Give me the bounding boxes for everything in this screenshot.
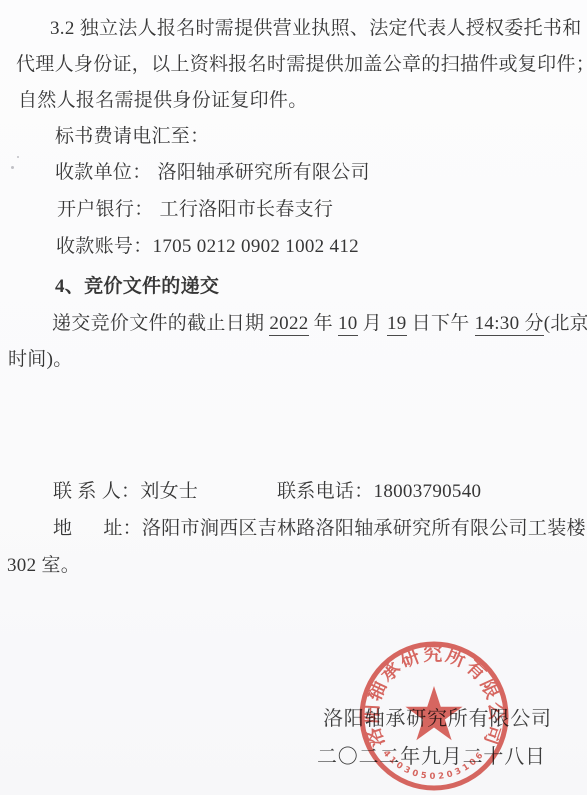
deadline-seg-6: 日下午 bbox=[407, 313, 475, 334]
deadline-day: 19 bbox=[387, 313, 407, 336]
deadline-month: 10 bbox=[338, 313, 358, 336]
remittance-intro: 标书费请电汇至： bbox=[55, 121, 209, 148]
deadline-seg-8: (北京 bbox=[544, 313, 587, 334]
red-star-icon bbox=[405, 686, 462, 740]
account-label: 收款账号： bbox=[56, 236, 153, 257]
deadline-wrap-line: 时间)。 bbox=[8, 344, 73, 371]
payee-label: 收款单位： bbox=[55, 162, 152, 183]
deadline-seg-4: 月 bbox=[358, 313, 387, 334]
contact-person-label: 联 系 人： bbox=[53, 481, 140, 502]
contact-phone-line: 联系电话：18003790540 bbox=[277, 476, 481, 503]
deadline-year: 2022 bbox=[269, 313, 308, 336]
payee-line: 收款单位：洛阳轴承研究所有限公司 bbox=[55, 157, 370, 184]
scan-speck bbox=[17, 156, 19, 158]
contact-phone-label: 联系电话： bbox=[277, 481, 374, 502]
bank-label: 开户银行： bbox=[57, 199, 154, 220]
deadline-line: 递交竞价文件的截止日期 2022 年 10 月 19 日下午 14:30 分(北… bbox=[52, 308, 587, 335]
contact-phone-value: 18003790540 bbox=[374, 481, 482, 502]
bank-value: 工行洛阳市长春支行 bbox=[160, 199, 334, 220]
bank-line: 开户银行：工行洛阳市长春支行 bbox=[57, 194, 333, 221]
account-line: 收款账号：1705 0212 0902 1002 412 bbox=[56, 231, 359, 258]
deadline-seg-2: 年 bbox=[309, 313, 338, 334]
para-3-2-line-1: 3.2 独立法人报名时需提供营业执照、法定代表人授权委托书和 bbox=[50, 13, 582, 40]
account-value: 1705 0212 0902 1002 412 bbox=[153, 236, 359, 257]
deadline-seg-0: 递交竞价文件的截止日期 bbox=[52, 313, 269, 334]
address-wrap-line: 302 室。 bbox=[7, 550, 80, 577]
contact-person-value: 刘女士 bbox=[140, 481, 198, 502]
para-3-2-line-3: 自然人报名需提供身份证复印件。 bbox=[18, 85, 308, 112]
address-value: 洛阳市涧西区吉林路洛阳轴承研究所有限公司工装楼 bbox=[142, 518, 586, 539]
section4-heading: 4、竞价文件的递交 bbox=[55, 271, 219, 298]
para-3-2-line-2: 代理人身份证，以上资料报名时需提供加盖公章的扫描件或复印件； bbox=[16, 49, 587, 76]
address-line: 地址：洛阳市涧西区吉林路洛阳轴承研究所有限公司工装楼 bbox=[53, 513, 586, 540]
company-seal: 洛阳轴承研究所有限公司 4103050203106 bbox=[356, 638, 512, 794]
scanned-document-page: 3.2 独立法人报名时需提供营业执照、法定代表人授权委托书和 代理人身份证，以上… bbox=[0, 0, 587, 795]
address-label-char1: 地 bbox=[53, 518, 72, 539]
company-seal-graphic: 洛阳轴承研究所有限公司 4103050203106 bbox=[356, 638, 512, 794]
contact-person-line: 联 系 人：刘女士 bbox=[53, 476, 198, 503]
deadline-time: 14:30 分 bbox=[475, 313, 544, 336]
payee-value: 洛阳轴承研究所有限公司 bbox=[158, 162, 370, 183]
address-label-rest: 址： bbox=[103, 518, 142, 539]
scan-speck bbox=[11, 166, 14, 169]
